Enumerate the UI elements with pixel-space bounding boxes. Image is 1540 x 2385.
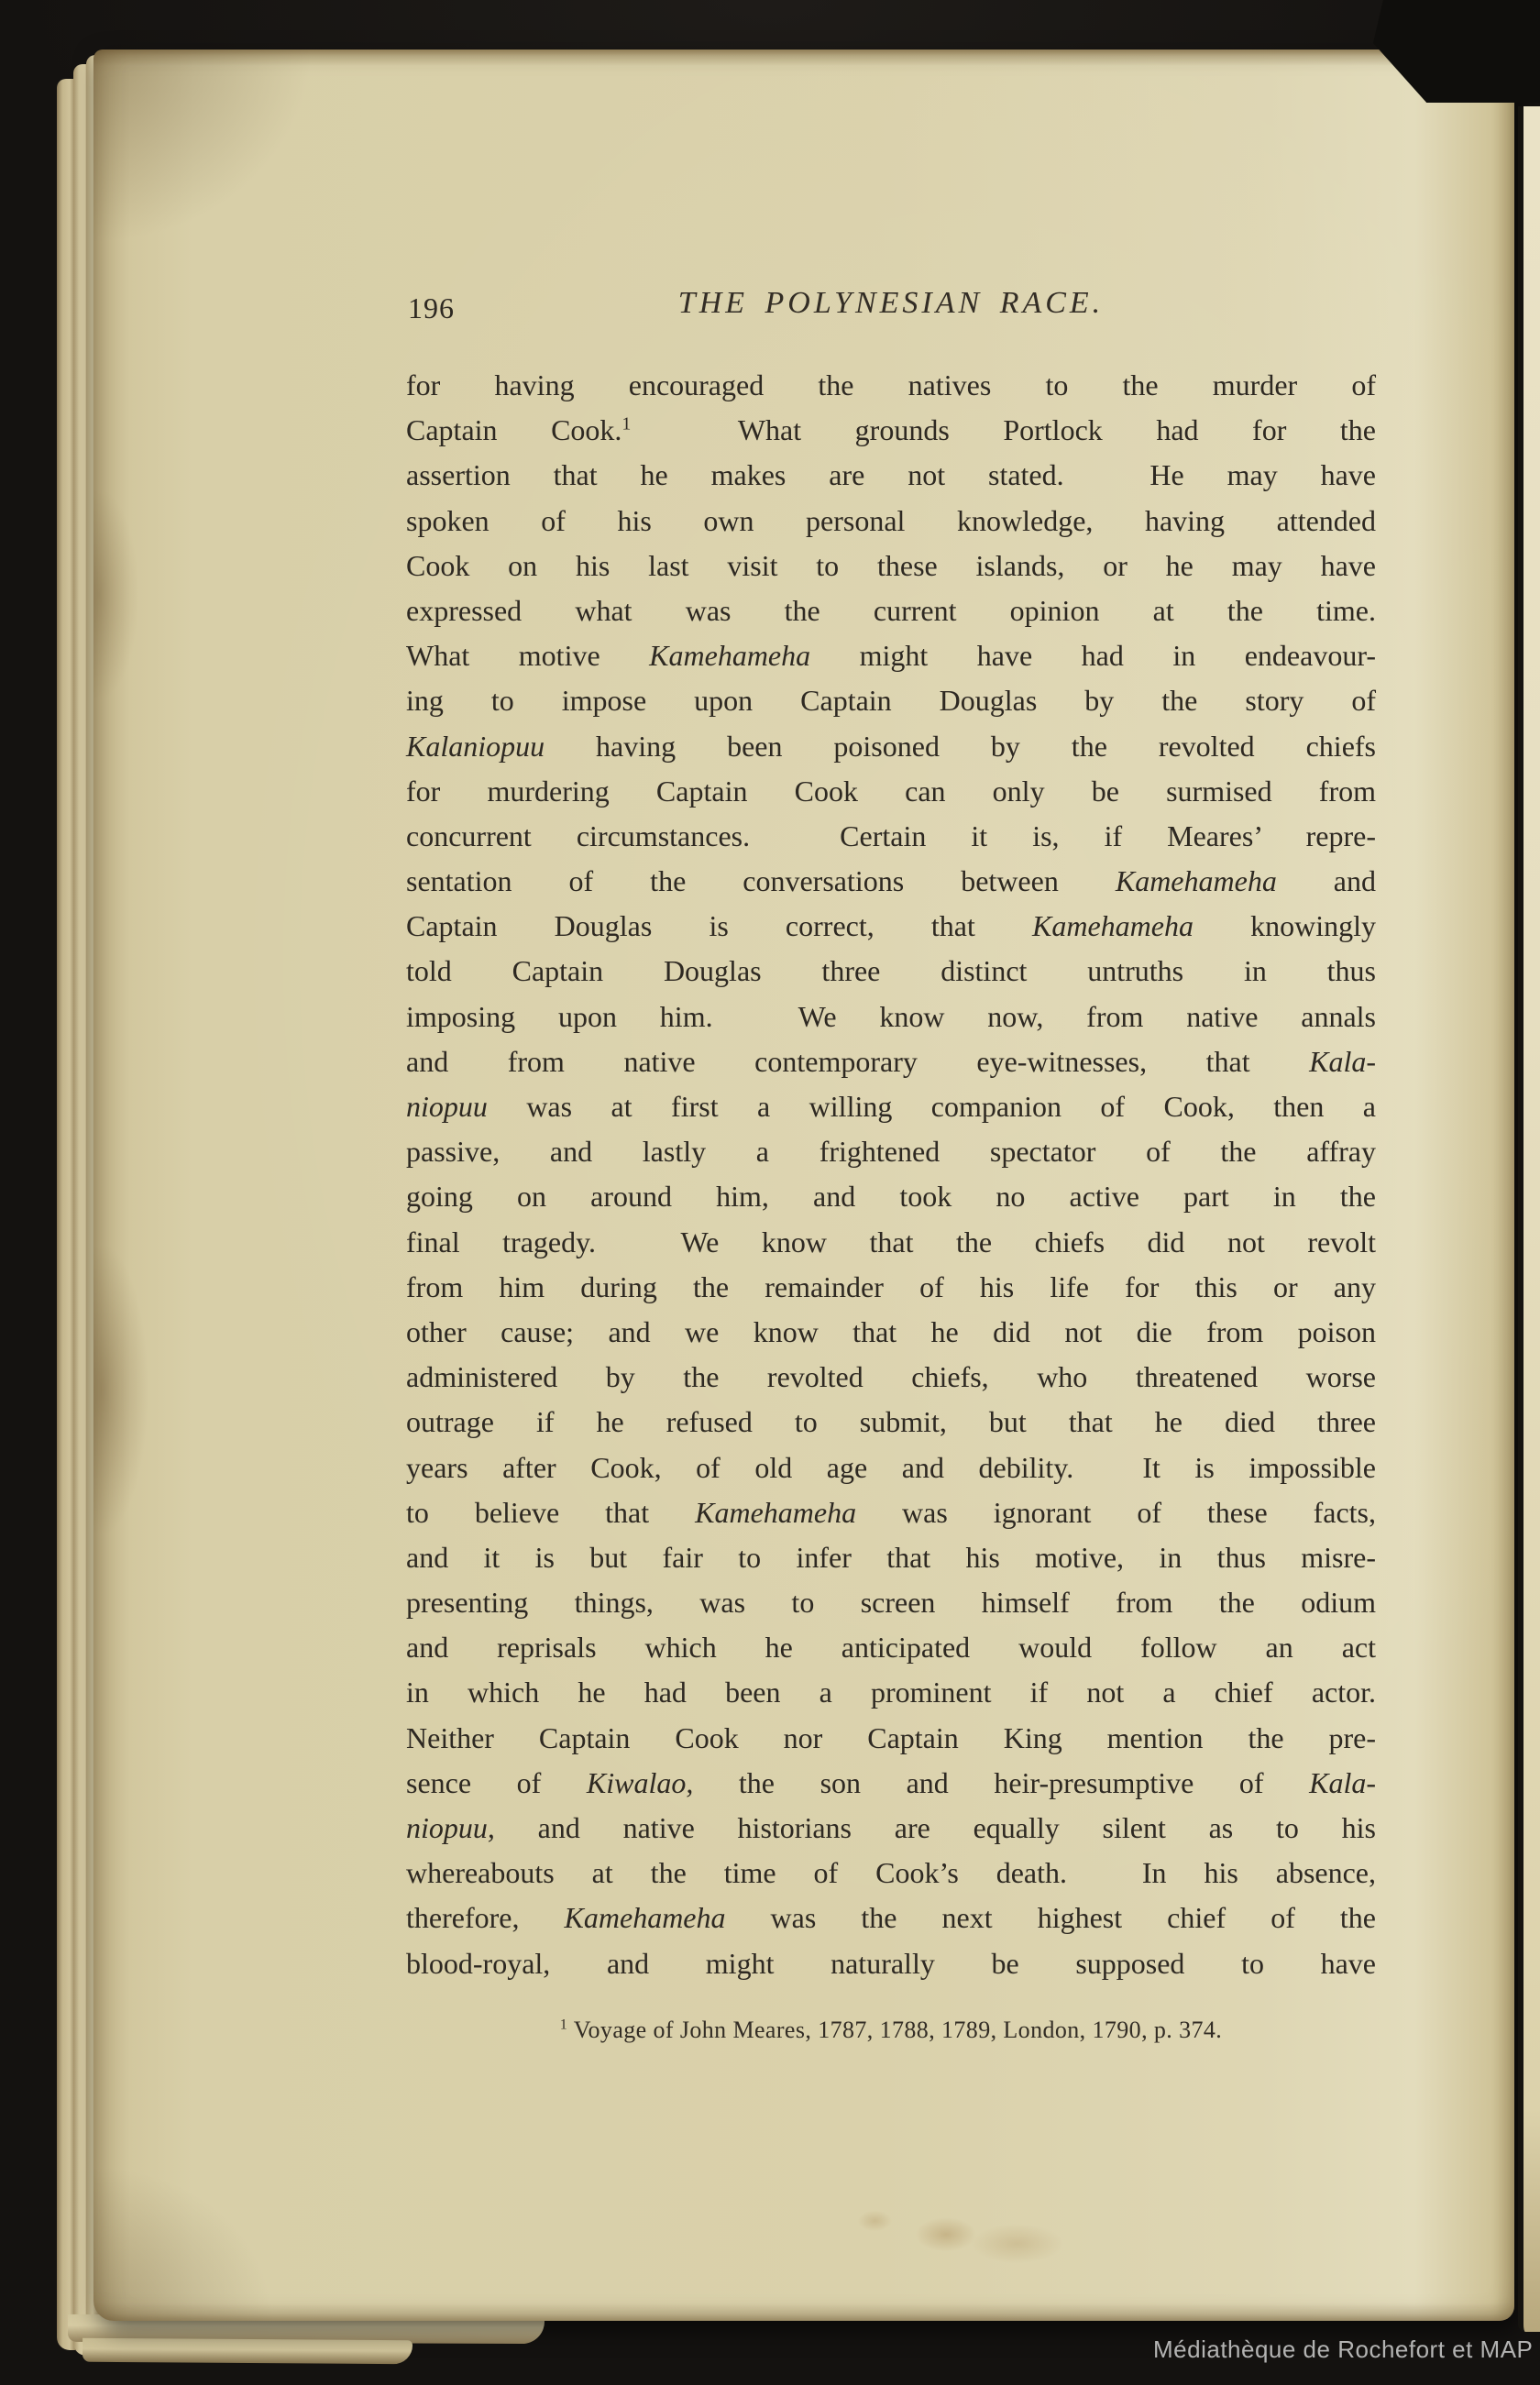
text-line: passive, and lastly a frightened spectat… bbox=[406, 1129, 1376, 1174]
text-segment: for murdering Captain Cook can only be s… bbox=[406, 775, 1376, 808]
footnote: 1 Voyage of John Meares, 1787, 1788, 178… bbox=[406, 2017, 1376, 2044]
text-segment: the son and heir-presumptive of bbox=[693, 1766, 1309, 1799]
text-segment: blood-royal, and might naturally be supp… bbox=[406, 1947, 1376, 1980]
text-segment: final tragedy. We know that the chiefs d… bbox=[406, 1225, 1376, 1258]
text-line: ing to impose upon Captain Douglas by th… bbox=[406, 678, 1376, 723]
text-line: told Captain Douglas three distinct untr… bbox=[406, 949, 1376, 994]
text-segment: Voyage of John Meares, 1787, 1788, 1789,… bbox=[567, 2017, 1222, 2043]
next-page-edge bbox=[1518, 106, 1540, 2332]
text-line: imposing upon him. We know now, from nat… bbox=[406, 995, 1376, 1039]
text-segment: knowingly bbox=[1193, 909, 1376, 942]
text-line: and from native contemporary eye-witness… bbox=[406, 1039, 1376, 1084]
text-line: What motive Kamehameha might have had in… bbox=[406, 633, 1376, 678]
text-segment: whereabouts at the time of Cook’s death.… bbox=[406, 1856, 1376, 1889]
text-segment: for having encouraged the natives to the… bbox=[406, 368, 1376, 401]
page-header: 196 THE POLYNESIAN RACE. bbox=[406, 286, 1376, 334]
text-line: sentation of the conversations between K… bbox=[406, 859, 1376, 904]
text-segment: and reprisals which he anticipated would… bbox=[406, 1631, 1376, 1664]
text-line: final tragedy. We know that the chiefs d… bbox=[406, 1220, 1376, 1265]
text-segment: Neither Captain Cook nor Captain King me… bbox=[406, 1721, 1376, 1754]
text-segment: and from native contemporary eye-witness… bbox=[406, 1045, 1309, 1078]
text-segment: spoken of his own personal knowledge, ha… bbox=[406, 504, 1376, 537]
text-segment: was at first a willing companion of Cook… bbox=[488, 1090, 1376, 1123]
text-segment: therefore, bbox=[406, 1901, 565, 1934]
text-segment: ing to impose upon Captain Douglas by th… bbox=[406, 684, 1376, 717]
text-segment: Kamehameha bbox=[565, 1901, 726, 1934]
text-segment: years after Cook, of old age and debilit… bbox=[406, 1451, 1376, 1484]
text-segment: and bbox=[1277, 864, 1376, 897]
text-segment: told Captain Douglas three distinct untr… bbox=[406, 954, 1376, 987]
text-line: sence of Kiwalao, the son and heir-presu… bbox=[406, 1761, 1376, 1806]
text-line: spoken of his own personal knowledge, ha… bbox=[406, 499, 1376, 544]
text-segment: passive, and lastly a frightened spectat… bbox=[406, 1135, 1376, 1168]
text-segment: Kalaniopuu bbox=[406, 730, 544, 763]
text-line: Neither Captain Cook nor Captain King me… bbox=[406, 1716, 1376, 1761]
text-line: in which he had been a prominent if not … bbox=[406, 1670, 1376, 1715]
text-line: concurrent circumstances. Certain it is,… bbox=[406, 814, 1376, 859]
footnote-marker: 1 bbox=[560, 2017, 567, 2032]
print-area: 196 THE POLYNESIAN RACE. for having enco… bbox=[406, 49, 1376, 2321]
text-segment: presenting things, was to screen himself… bbox=[406, 1586, 1376, 1619]
text-line: niopuu, and native historians are equall… bbox=[406, 1806, 1376, 1851]
body-text: for having encouraged the natives to the… bbox=[406, 363, 1376, 1986]
text-line: assertion that he makes are not stated. … bbox=[406, 453, 1376, 498]
text-line: and reprisals which he anticipated would… bbox=[406, 1625, 1376, 1670]
text-line: to believe that Kamehameha was ignorant … bbox=[406, 1490, 1376, 1535]
text-segment: assertion that he makes are not stated. … bbox=[406, 458, 1376, 491]
text-segment: in which he had been a prominent if not … bbox=[406, 1676, 1376, 1709]
text-segment: from him during the remainder of his lif… bbox=[406, 1270, 1376, 1303]
text-line: outrage if he refused to submit, but tha… bbox=[406, 1400, 1376, 1445]
page-stack-edge bbox=[57, 79, 75, 2350]
text-line: niopuu was at first a willing companion … bbox=[406, 1084, 1376, 1129]
text-segment: Cook on his last visit to these islands,… bbox=[406, 549, 1376, 582]
text-segment: Kamehameha bbox=[1032, 909, 1193, 942]
text-line: presenting things, was to screen himself… bbox=[406, 1580, 1376, 1625]
text-segment: to believe that bbox=[406, 1496, 695, 1529]
text-line: whereabouts at the time of Cook’s death.… bbox=[406, 1851, 1376, 1896]
watermark: Médiathèque de Rochefort et MAP bbox=[1153, 2336, 1533, 2364]
text-segment: was the next highest chief of the bbox=[726, 1901, 1377, 1934]
text-segment: having been poisoned by the revolted chi… bbox=[544, 730, 1376, 763]
text-line: going on around him, and took no active … bbox=[406, 1174, 1376, 1219]
text-segment: and it is but fair to infer that his mot… bbox=[406, 1541, 1376, 1574]
text-line: therefore, Kamehameha was the next highe… bbox=[406, 1896, 1376, 1940]
text-line: expressed what was the current opinion a… bbox=[406, 588, 1376, 633]
text-segment: and native historians are equally silent… bbox=[495, 1811, 1376, 1844]
text-segment: administered by the revolted chiefs, who… bbox=[406, 1360, 1376, 1393]
text-line: other cause; and we know that he did not… bbox=[406, 1310, 1376, 1355]
text-segment: was ignorant of these facts, bbox=[856, 1496, 1376, 1529]
text-line: Captain Cook.1 What grounds Portlock had… bbox=[406, 408, 1376, 453]
text-segment: sentation of the conversations between bbox=[406, 864, 1116, 897]
book-page: 196 THE POLYNESIAN RACE. for having enco… bbox=[93, 49, 1514, 2321]
text-line: Cook on his last visit to these islands,… bbox=[406, 544, 1376, 588]
text-line: from him during the remainder of his lif… bbox=[406, 1265, 1376, 1310]
text-segment: What grounds Portlock had for the bbox=[631, 413, 1376, 446]
text-segment: Captain Douglas is correct, that bbox=[406, 909, 1032, 942]
text-segment: Kamehameha bbox=[695, 1496, 856, 1529]
text-segment: expressed what was the current opinion a… bbox=[406, 594, 1376, 627]
text-segment: might have had in endeavour- bbox=[810, 639, 1376, 672]
text-line: Captain Douglas is correct, that Kameham… bbox=[406, 904, 1376, 949]
text-line: administered by the revolted chiefs, who… bbox=[406, 1355, 1376, 1400]
text-line: and it is but fair to infer that his mot… bbox=[406, 1535, 1376, 1580]
text-segment: Kamehameha bbox=[1116, 864, 1277, 897]
text-segment: Kala- bbox=[1309, 1766, 1376, 1799]
text-segment: other cause; and we know that he did not… bbox=[406, 1315, 1376, 1348]
text-segment: niopuu bbox=[406, 1090, 488, 1123]
page-stack-edge-bottom bbox=[82, 2338, 412, 2365]
running-title: THE POLYNESIAN RACE. bbox=[406, 286, 1376, 321]
text-segment: Captain Cook. bbox=[406, 413, 621, 446]
text-segment: going on around him, and took no active … bbox=[406, 1180, 1376, 1213]
text-line: years after Cook, of old age and debilit… bbox=[406, 1445, 1376, 1490]
text-line: for having encouraged the natives to the… bbox=[406, 363, 1376, 408]
text-segment: What motive bbox=[406, 639, 649, 672]
text-line: for murdering Captain Cook can only be s… bbox=[406, 769, 1376, 814]
text-segment: imposing upon him. We know now, from nat… bbox=[406, 1000, 1376, 1033]
text-segment: outrage if he refused to submit, but tha… bbox=[406, 1405, 1376, 1438]
text-line: Kalaniopuu having been poisoned by the r… bbox=[406, 724, 1376, 769]
text-segment: Kamehameha bbox=[649, 639, 810, 672]
text-segment: niopuu, bbox=[406, 1811, 495, 1844]
text-line: blood-royal, and might naturally be supp… bbox=[406, 1941, 1376, 1986]
text-segment: Kiwalao, bbox=[587, 1766, 693, 1799]
text-segment: sence of bbox=[406, 1766, 587, 1799]
text-segment: concurrent circumstances. Certain it is,… bbox=[406, 819, 1376, 852]
footnote-marker: 1 bbox=[621, 414, 631, 434]
text-segment: Kala- bbox=[1309, 1045, 1376, 1078]
